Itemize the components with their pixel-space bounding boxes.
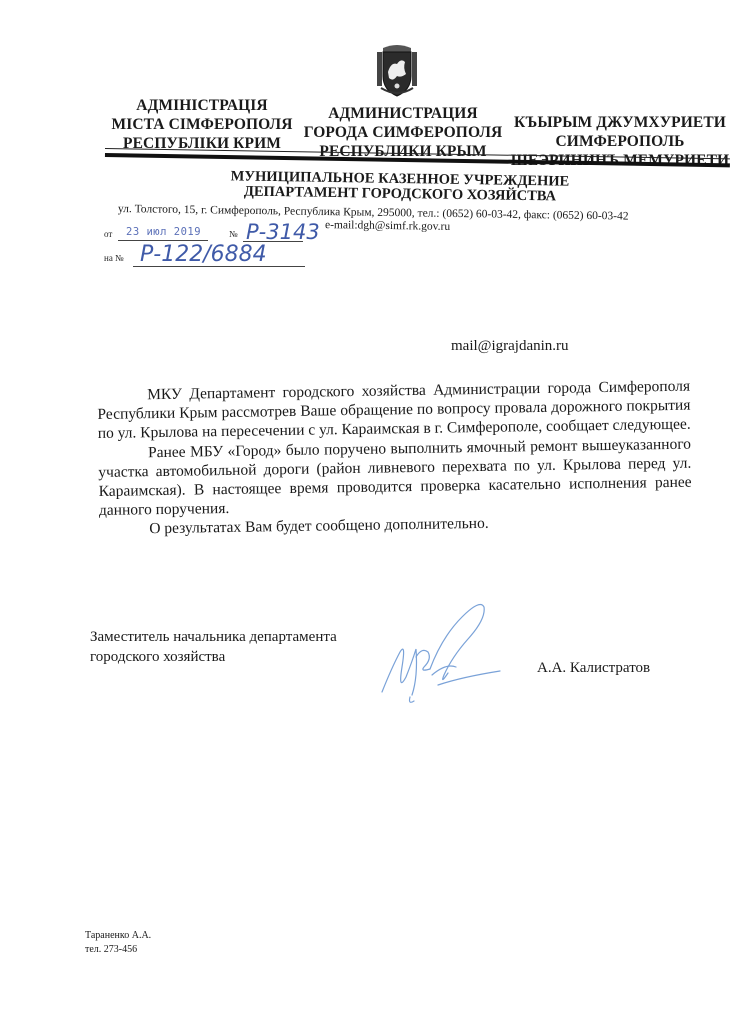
header-ua-line: АДМІНІСТРАЦІЯ <box>108 96 296 115</box>
letter-body: МКУ Департамент городского хозяйства Адм… <box>97 377 692 540</box>
header-crh-line: СИМФЕРОПОЛЬ <box>505 132 735 151</box>
reg-reply-handwritten: Р-122/6884 <box>140 242 267 267</box>
header-crh-line: КЪЫРЫМ ДЖУМХУРИЕТИ <box>505 113 735 132</box>
header-ru-line: АДМИНИСТРАЦИЯ <box>298 104 508 123</box>
reg-date-stamp: 23 июл 2019 <box>126 226 201 238</box>
header-ua-line: МІСТА СІМФЕРОПОЛЯ <box>108 115 296 134</box>
org-email: e-mail:dgh@simf.rk.gov.ru <box>325 219 450 233</box>
reg-number-label: № <box>229 229 238 239</box>
body-paragraph: Ранее МБУ «Город» было поручено выполнит… <box>98 434 692 520</box>
handwritten-signature-icon <box>372 597 512 707</box>
reg-number-handwritten: Р-3143 <box>246 220 320 244</box>
executor-info: Тараненко А.А. тел. 273-456 <box>85 929 151 957</box>
reg-date-underline <box>118 240 208 241</box>
executor-name: Тараненко А.А. <box>85 929 151 943</box>
header-ru-line: ГОРОДА СИМФЕРОПОЛЯ <box>298 123 508 142</box>
signatory-title-line: городского хозяйства <box>90 647 337 667</box>
executor-phone: тел. 273-456 <box>85 943 151 957</box>
recipient-email: mail@igrajdanin.ru <box>451 338 569 355</box>
header-ukrainian: АДМІНІСТРАЦІЯ МІСТА СІМФЕРОПОЛЯ РЕСПУБЛІ… <box>108 96 296 153</box>
crimea-coat-of-arms-icon <box>373 42 421 100</box>
signatory-title: Заместитель начальника департамента горо… <box>90 627 337 667</box>
body-paragraph: МКУ Департамент городского хозяйства Адм… <box>97 377 691 444</box>
reg-from-label: от <box>104 229 112 239</box>
reg-reply-label: на № <box>104 253 124 263</box>
signatory-name: А.А. Калистратов <box>537 660 650 677</box>
signatory-title-line: Заместитель начальника департамента <box>90 627 337 647</box>
